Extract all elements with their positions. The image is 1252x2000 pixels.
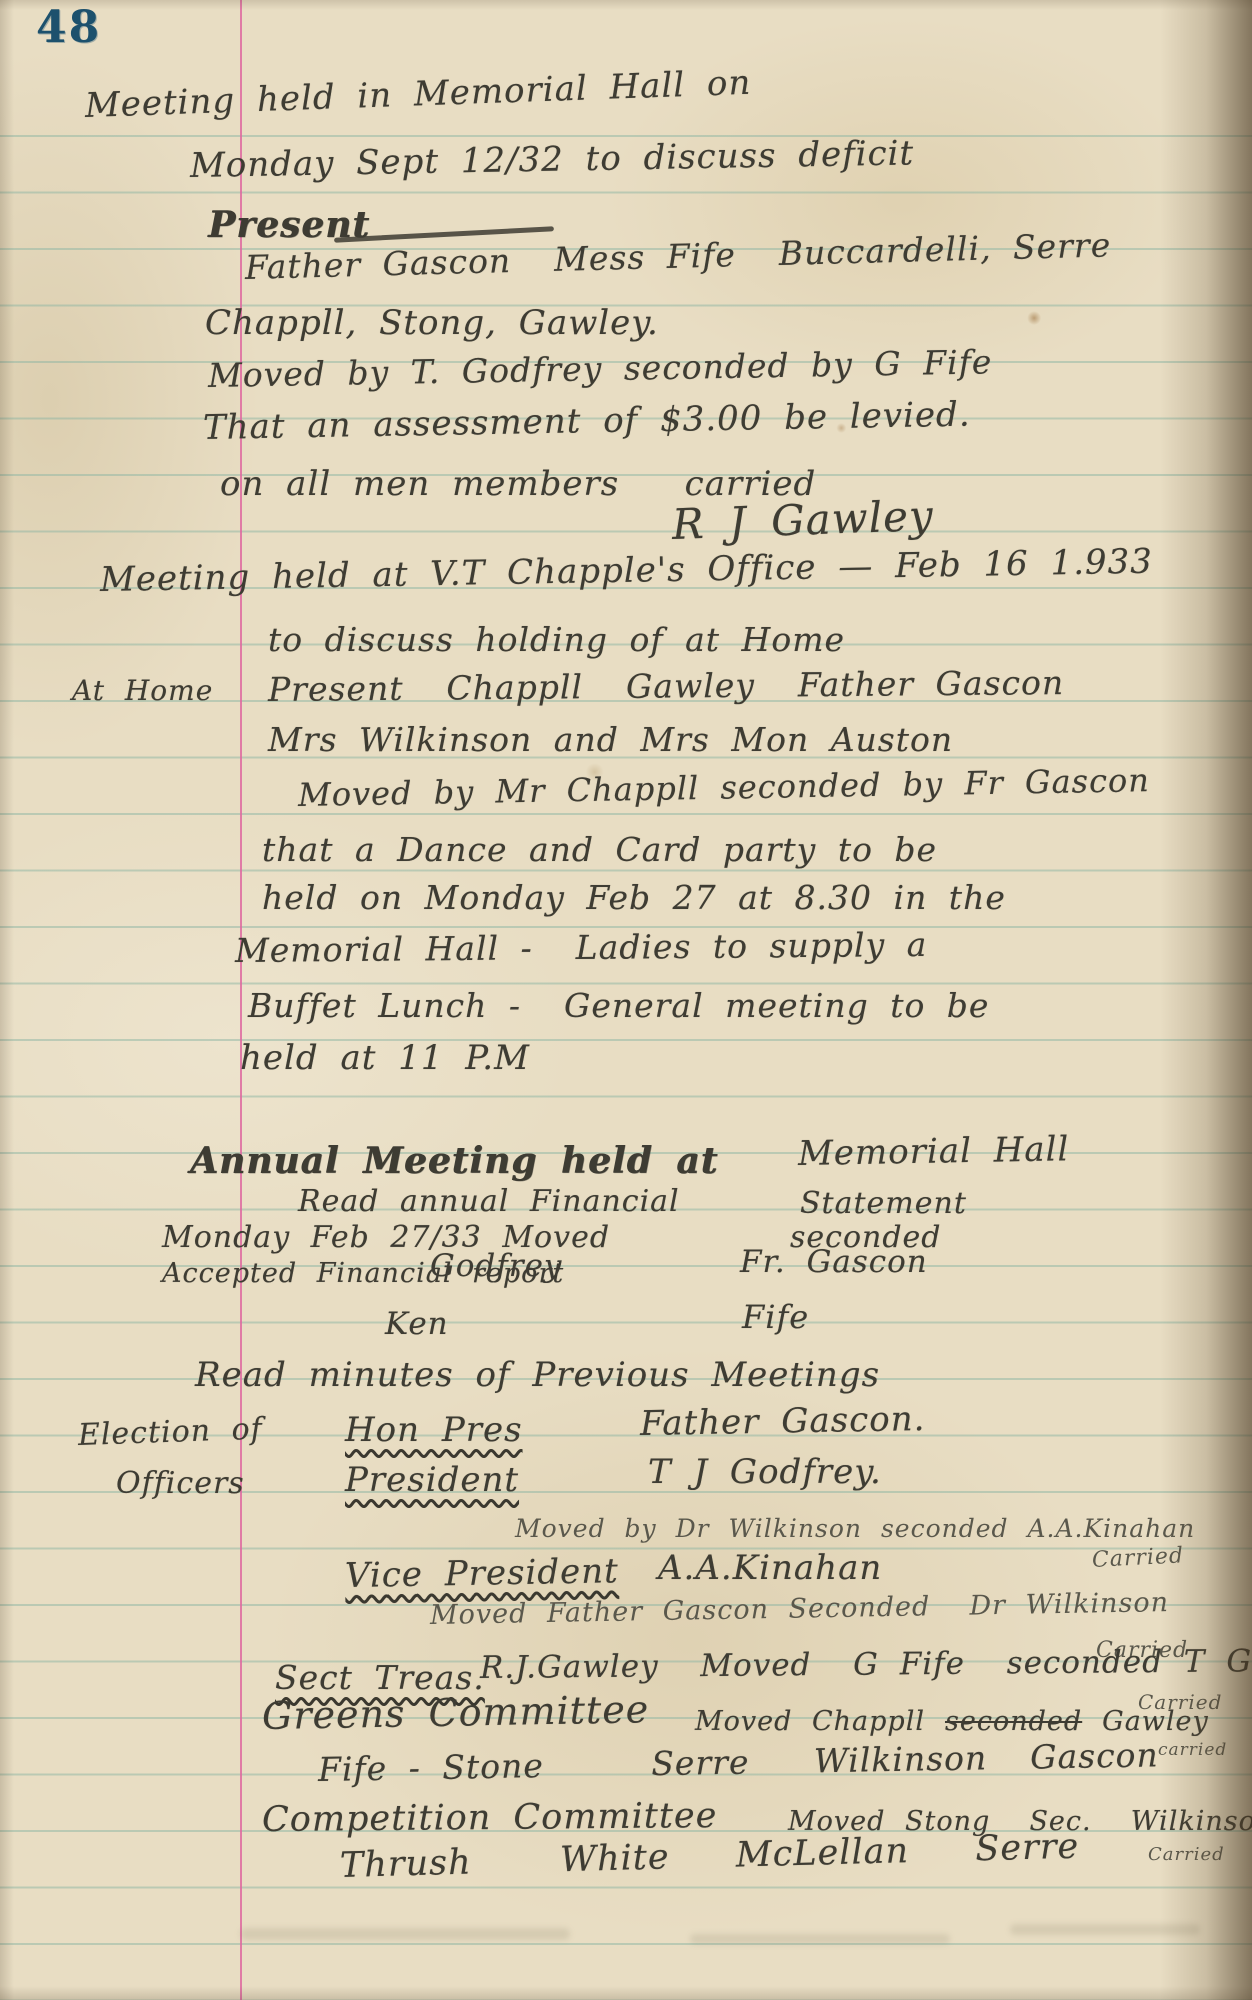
minutes-m1-attendees-1: Father Gascon Mess Fife Buccardelli, Ser… (244, 225, 1111, 287)
minutes-m3-greens-label: Greens Committee (262, 1687, 650, 1738)
minutes-m2-attendees-2: Mrs Wilkinson and Mrs Mon Auston (268, 720, 953, 759)
minutes-m3-honpres-name: Father Gascon. (640, 1399, 926, 1444)
minutes-m2-purpose: to discuss holding of at Home (268, 620, 845, 659)
minutes-m1-motion-2: That an assessment of $3.00 be levied. (203, 395, 971, 448)
minutes-m3-vp-motion: Moved Father Gascon Seconded Dr Wilkinso… (430, 1587, 1170, 1631)
minutes-m3-president-name: T J Godfrey. (648, 1452, 882, 1492)
page-edge-top (0, 0, 1252, 10)
minutes-m3-statement: Statement (800, 1186, 967, 1221)
minutes-m3-read-minutes: Read minutes of Previous Meetings (195, 1355, 880, 1395)
minutes-m2-motion-5: Buffet Lunch - General meeting to be (248, 986, 989, 1025)
notebook-page: 48 Meeting held in Memorial Hall on Mond… (0, 0, 1252, 2000)
minutes-m3-ken: Ken (385, 1306, 449, 1342)
minutes-m2-motion-2: that a Dance and Card party to be (262, 830, 937, 869)
minutes-m3-greens-motion: Moved Chappll seconded Gawley (695, 1706, 1209, 1737)
minutes-m3-margin-election: Election of (77, 1412, 263, 1453)
minutes-m1-attendees-2: Chappll, Stong, Gawley. (205, 303, 659, 343)
minutes-m2-margin-note: At Home (72, 674, 213, 707)
minutes-m3-seconder: Fr. Gascon (740, 1244, 928, 1280)
minutes-m2-heading: Meeting held at V.T Chapple's Office — F… (100, 542, 1154, 600)
minutes-m3-mover: Godfrey (430, 1248, 562, 1284)
minutes-m3-margin-officers: Officers (116, 1466, 245, 1501)
minutes-m3-secttreas-line: R.J.Gawley Moved G Fife seconded T Gau (480, 1643, 1252, 1686)
minutes-m3-president-motion: Moved by Dr Wilkinson seconded A.A.Kinah… (515, 1514, 1195, 1543)
minutes-m3-president-label: President (345, 1460, 519, 1500)
minutes-m2-motion-3: held on Monday Feb 27 at 8.30 in the (262, 878, 1006, 917)
ink-bleedthrough (240, 1928, 570, 1940)
minutes-m3-vp-name: A.A.Kinahan (658, 1548, 882, 1588)
minutes-m3-fife: Fife (742, 1298, 809, 1336)
minutes-m1-date: Monday Sept 12/32 to discuss deficit (190, 133, 915, 186)
minutes-m1-motion: Moved by T. Godfrey seconded by G Fife (208, 342, 993, 395)
ink-bleedthrough (690, 1934, 950, 1944)
minutes-m3-title-left: Annual Meeting held at (190, 1140, 718, 1182)
minutes-m2-motion: Moved by Mr Chappll seconded by Fr Gasco… (298, 761, 1150, 814)
minutes-m2-motion-4: Memorial Hall - Ladies to supply a (235, 925, 928, 970)
minutes-m1-signature: R J Gawley (671, 491, 934, 549)
minutes-m2-motion-6: held at 11 P.M (240, 1038, 530, 1078)
minutes-m3-title-right: Memorial Hall (798, 1129, 1070, 1174)
minutes-m2-attendees-1: Present Chappll Gawley Father Gascon (268, 663, 1064, 709)
minutes-m3-greens-members: Fife - Stone Serre Wilkinson Gascon (318, 1735, 1159, 1789)
minutes-m3-read-financial: Read annual Financial (298, 1184, 680, 1219)
page-gutter-shadow (1160, 0, 1252, 2000)
minutes-m1-heading: Meeting held in Memorial Hall on (84, 63, 752, 126)
minutes-m3-vp-label: Vice President (345, 1551, 619, 1596)
greens-moved: Moved Chappll (695, 1706, 925, 1737)
minutes-m3-honpres-label: Hon Pres (345, 1410, 523, 1450)
page-edge-bottom (0, 1986, 1252, 2000)
minutes-m3-competition-label: Competition Committee (262, 1796, 718, 1840)
margin-line (240, 0, 242, 2000)
greens-seconded-word: seconded (945, 1706, 1082, 1737)
page-edge-left (0, 0, 14, 2000)
